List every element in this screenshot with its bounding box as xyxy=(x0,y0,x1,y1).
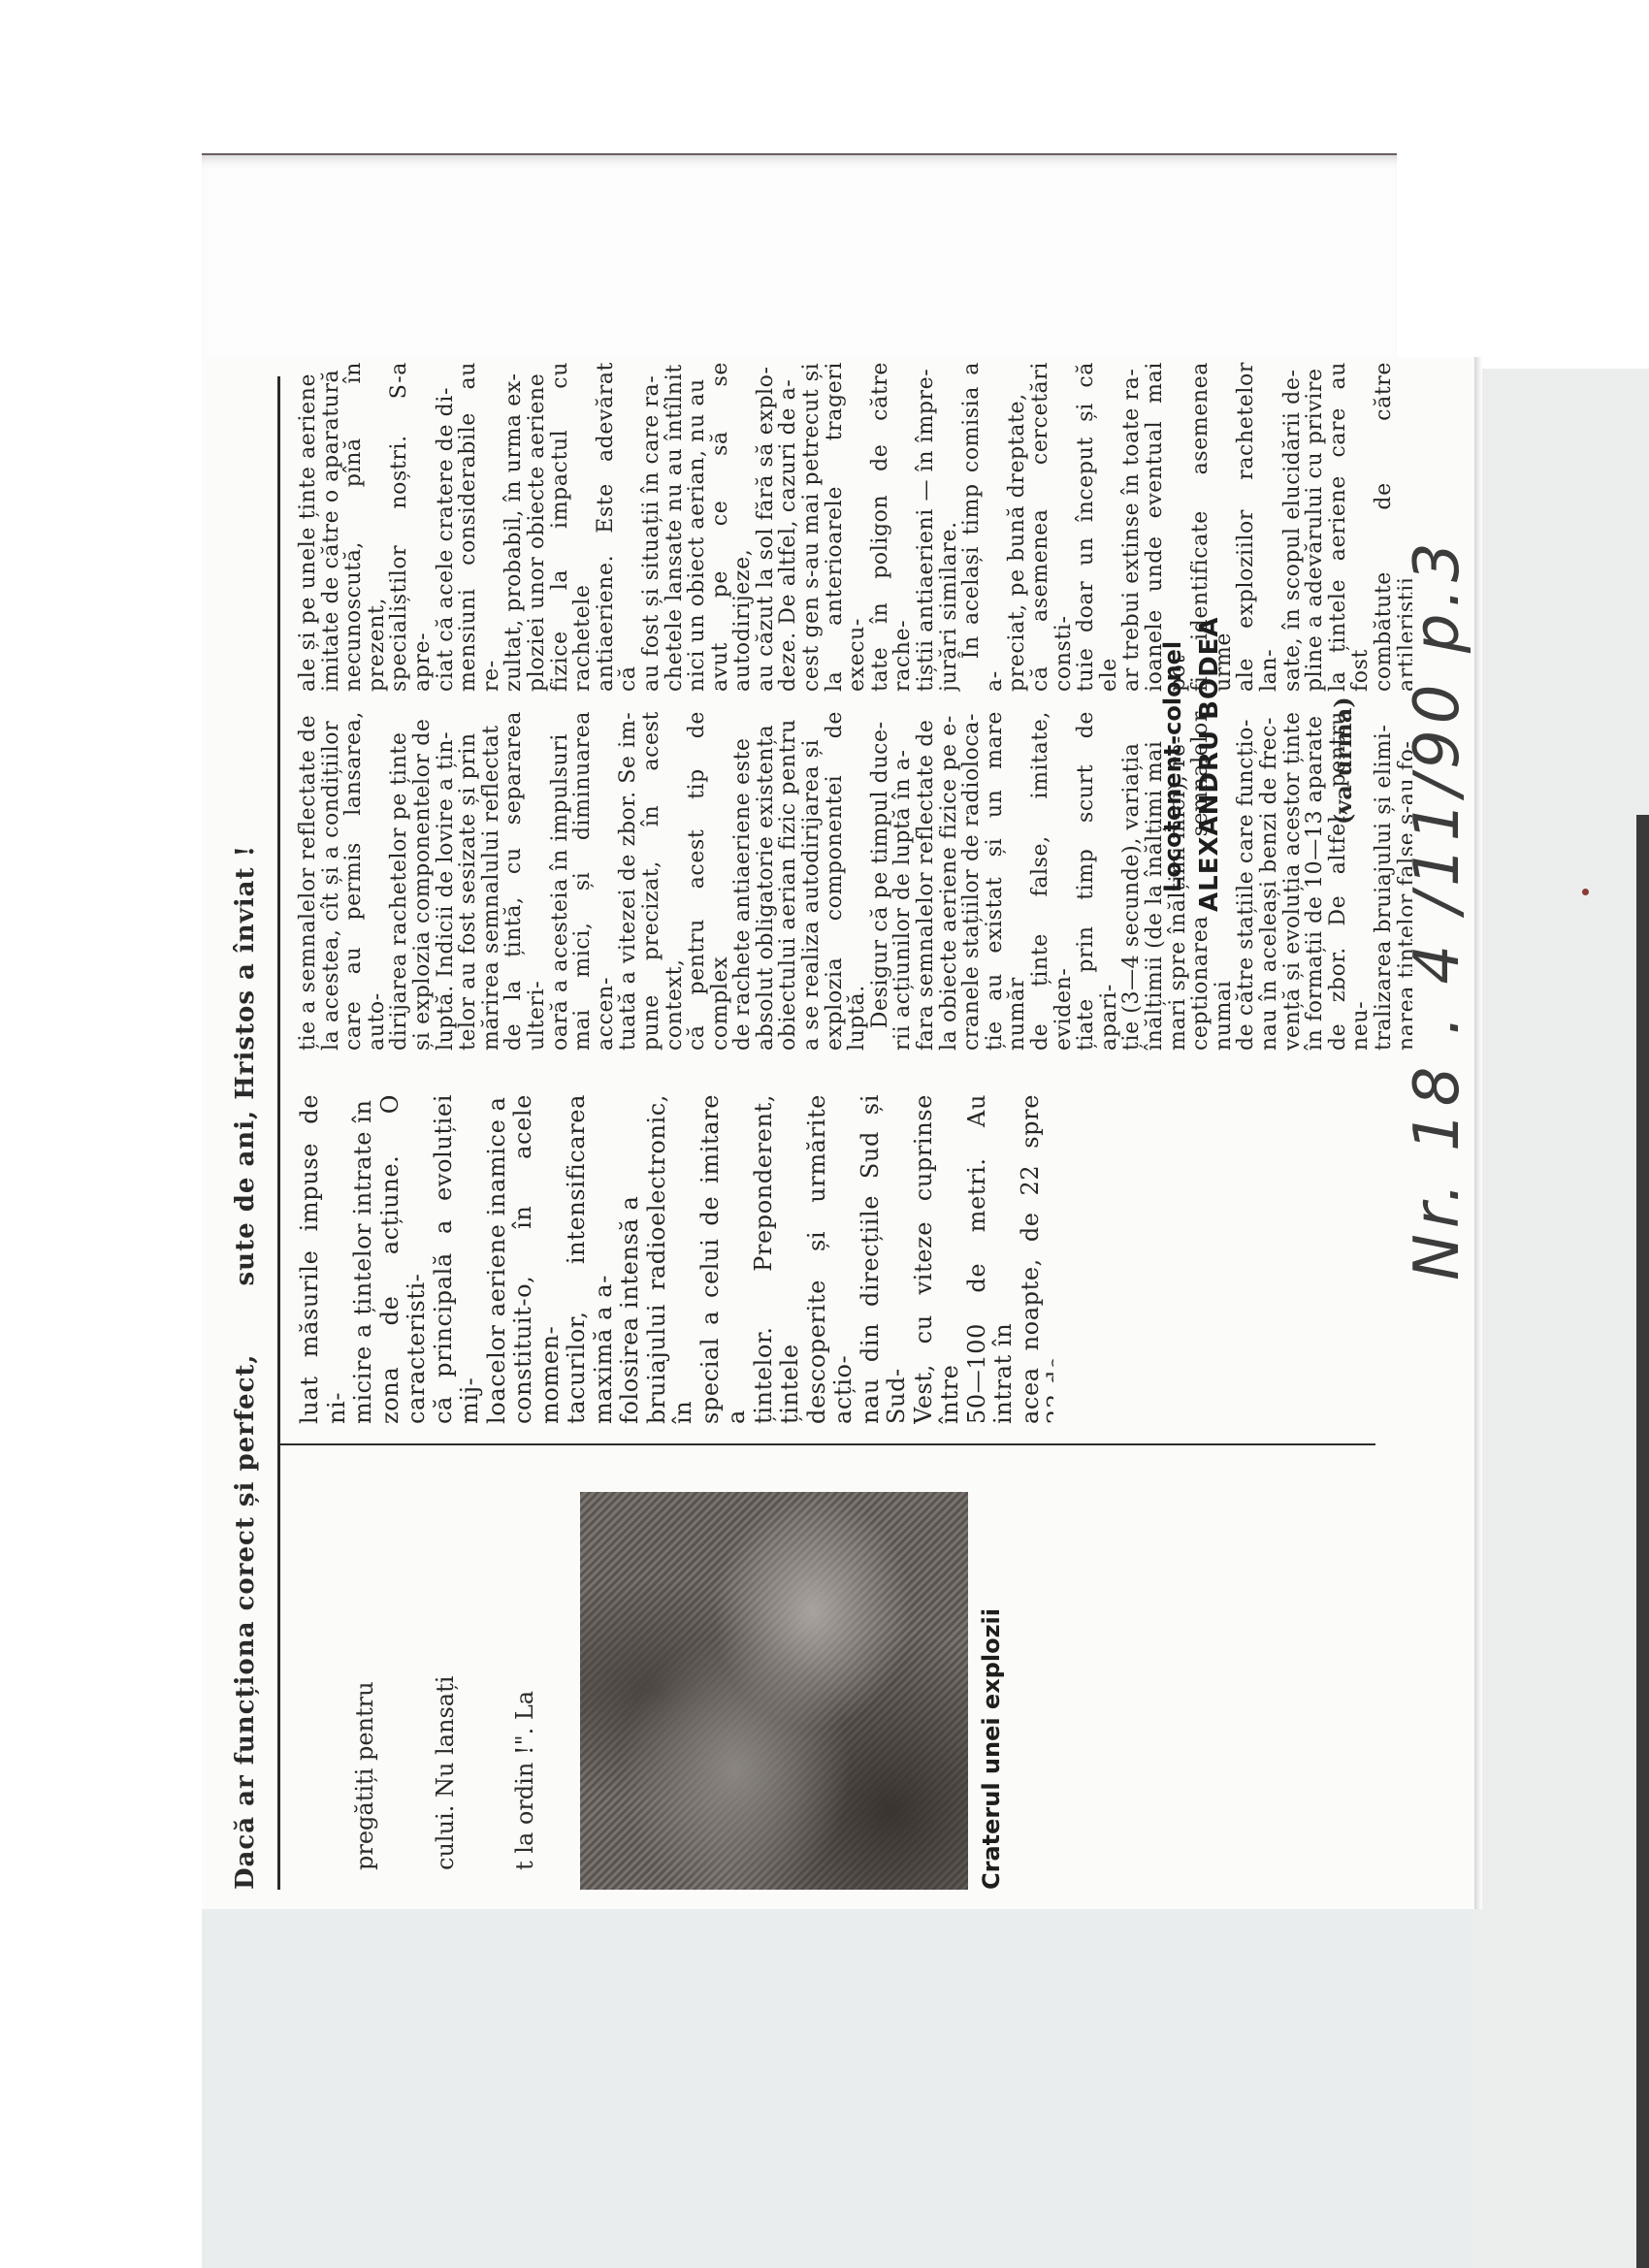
article-column-1: luat măsurile impuse de ni- micire a țin… xyxy=(297,1094,1053,1424)
handwritten-annotation: Nr. 18 . 4 /11/90 p.3 xyxy=(1402,536,1473,1280)
crater-photo xyxy=(580,1492,968,1890)
headline-part-1: Dacă ar funcționa corect și perfect, xyxy=(231,1354,260,1890)
byline-name: ALEXANDRU BODEA xyxy=(1195,616,1224,912)
stub-line: cului. Nu lansați xyxy=(433,1670,460,1871)
byline-rank: Locotenent-colonel xyxy=(1159,641,1186,892)
article-column-2: ție a semnalelor reflectate de la aceste… xyxy=(297,711,1412,1051)
column-divider xyxy=(279,1443,1375,1445)
article-column-3: ale și pe unele ținte aeriene imitate de… xyxy=(297,362,1412,692)
photo-caption: Craterul unei explozii xyxy=(978,1482,1005,1890)
headline-rule xyxy=(277,376,280,1890)
continuation-note: (va urma) xyxy=(1329,697,1357,825)
red-mark xyxy=(1582,889,1589,895)
headline-fragment: Dacă ar funcționa corect și perfect, sut… xyxy=(231,376,266,1890)
scanner-edge xyxy=(1636,815,1649,2268)
headline-part-2: sute de ani, Hristos a înviat ! xyxy=(231,845,260,1285)
folded-paper-strip xyxy=(202,153,1397,361)
stub-line: pregătiți pentru xyxy=(352,1670,379,1871)
scanner-background-bottom xyxy=(202,1909,1474,2268)
rotated-article: Dacă ar funcționa corect și perfect, sut… xyxy=(202,357,1474,1909)
clipping-edge-shadow xyxy=(1474,357,1482,1909)
scanner-background-right xyxy=(1474,369,1649,2268)
stub-line: t la ordin !". La xyxy=(512,1670,539,1871)
